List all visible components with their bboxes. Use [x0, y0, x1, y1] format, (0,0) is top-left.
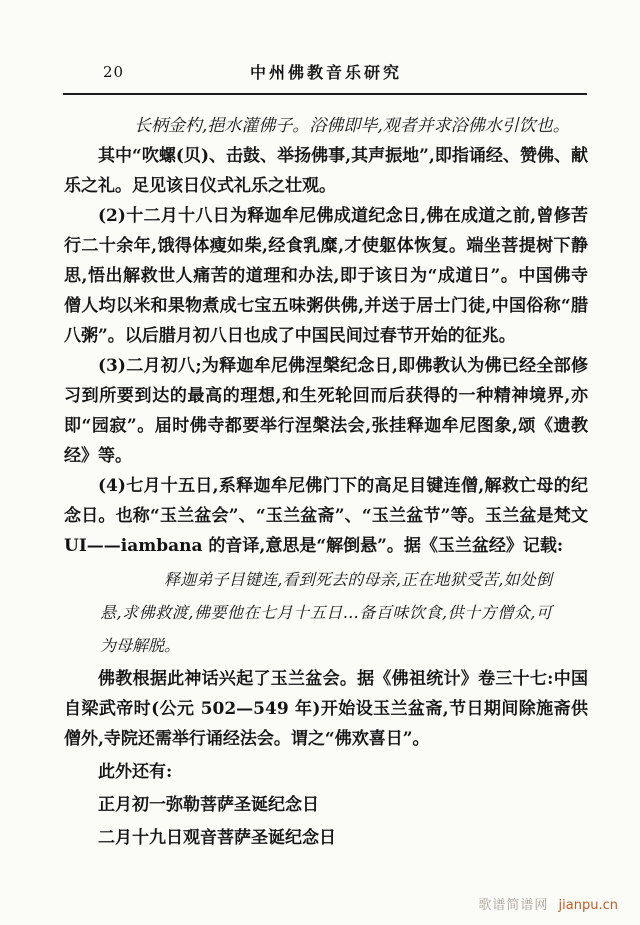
ullambana-sutra-quote: 释迦弟子目键连,看到死去的母亲,正在地狱受苦,如处倒悬,求佛救渡,佛要他在七月十… [100, 563, 552, 662]
book-page: 20 中州佛教音乐研究 长柄金杓,挹水灌佛子。浴佛即毕,观者并求浴佛水引饮也。 … [0, 0, 640, 925]
extra-days-intro: 此外还有: [64, 757, 588, 787]
paragraph-item-2-chengdao-day: (2)十二月十八日为释迦牟尼佛成道纪念日,佛在成道之前,曾修苦行二十余年,饿得体… [64, 201, 588, 351]
extra-day-guanyin: 二月十九日观音菩萨圣诞纪念日 [64, 823, 588, 853]
header-divider-rule [63, 93, 587, 95]
page-body-text: 长柄金杓,挹水灌佛子。浴佛即毕,观者并求浴佛水引饮也。 其中“吹螺(贝)、击鼓、… [64, 111, 588, 853]
running-head-title: 中州佛教音乐研究 [65, 60, 587, 83]
paragraph-ullambana-history: 佛教根据此神话兴起了玉兰盆会。据《佛祖统计》卷三十七:中国自梁武帝时(公元 50… [64, 664, 588, 754]
page-header: 20 中州佛教音乐研究 [65, 60, 587, 86]
paragraph-ritual-summary: 其中“吹螺(贝)、击鼓、举扬佛事,其声振地”,即指诵经、赞佛、献乐之礼。足见该日… [64, 141, 588, 201]
extra-day-maitreya: 正月初一弥勒菩萨圣诞纪念日 [64, 790, 588, 820]
opening-classical-quote: 长柄金杓,挹水灌佛子。浴佛即毕,观者并求浴佛水引饮也。 [134, 111, 588, 141]
watermark-site-name: 歌谱简谱网 [478, 898, 548, 913]
paragraph-item-4-ullambana-day: (4)七月十五日,系释迦牟尼佛门下的高足目键连僧,解救亡母的纪念日。也称“玉兰盆… [64, 471, 588, 561]
watermark-site-url: jianpu.cn [559, 898, 618, 913]
site-watermark: 歌谱简谱网 jianpu.cn [478, 894, 618, 913]
paragraph-item-3-nirvana-day: (3)二月初八;为释迦牟尼佛涅槃纪念日,即佛教认为佛已经全部修习到所要到达的最高… [64, 351, 588, 471]
